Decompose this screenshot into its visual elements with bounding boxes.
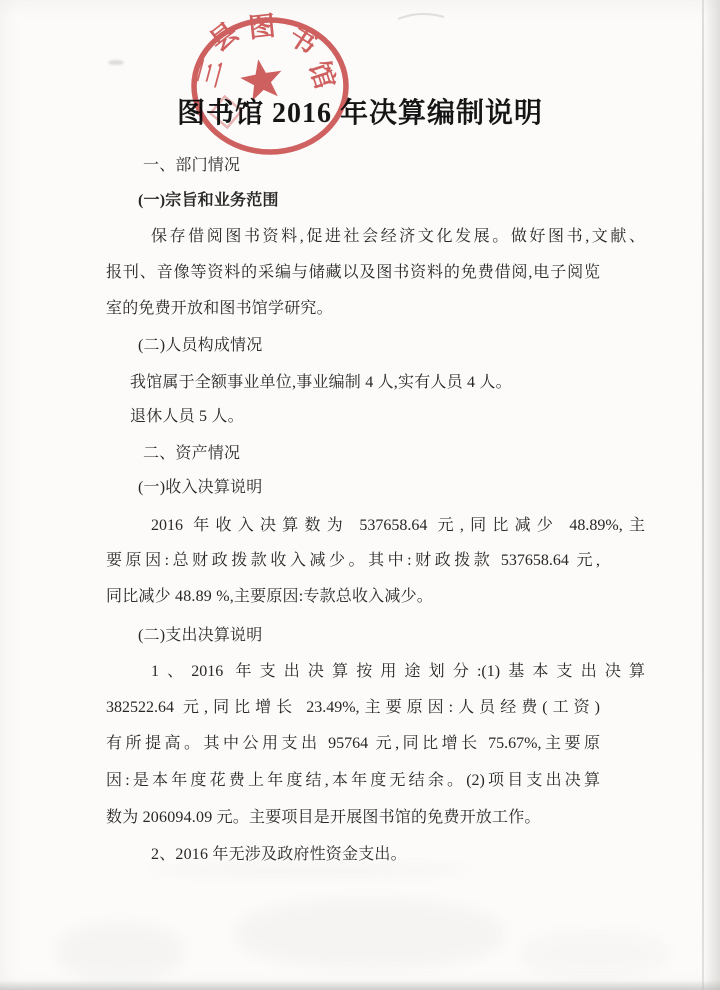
para-expenditure-line-3: 有所提高。其中公用支出 95764 元,同比增长 75.67%,主要原 bbox=[106, 733, 600, 755]
seal-character: 馆 bbox=[304, 57, 342, 92]
seal-character: 书 bbox=[284, 20, 323, 60]
para-expenditure-line-5: 数为 206094.09 元。主要项目是开展图书馆的免费开放工作。 bbox=[106, 807, 600, 829]
scan-scratch-mark bbox=[398, 14, 444, 19]
subheading-staff: (二)人员构成情况 bbox=[106, 335, 632, 357]
para-gov-funds: 2、2016 年无涉及政府性资金支出。 bbox=[106, 844, 645, 866]
bleedthrough-smudge bbox=[150, 866, 470, 874]
scan-speck bbox=[108, 60, 124, 65]
subheading-expenditure: (二)支出决算说明 bbox=[106, 625, 632, 647]
scanned-document-page: 图书馆 2016 年决算编制说明 三 县 图 书 馆 一、部门情况 (一)宗旨和… bbox=[0, 0, 720, 990]
heading-section-2: 二、资产情况 bbox=[106, 443, 637, 465]
seal-character: 三 bbox=[192, 56, 228, 90]
bleedthrough-smudge bbox=[55, 922, 185, 980]
para-purpose-line-2: 报刊、音像等资料的采编与储藏以及图书资料的免费借阅,电子阅览 bbox=[106, 262, 600, 284]
para-income-line-2: 要原因:总财政拨款收入减少。其中:财政拨款 537658.64 元, bbox=[106, 550, 600, 572]
para-purpose-line-1: 保存借阅图书资料,促进社会经济文化发展。做好图书,文献、 bbox=[106, 226, 645, 248]
scan-right-shadow bbox=[704, 0, 720, 990]
subheading-income: (一)收入决算说明 bbox=[106, 477, 632, 499]
bleedthrough-smudge bbox=[235, 898, 505, 970]
scan-bottom-shadow bbox=[0, 980, 720, 990]
para-staff-line-2: 退休人员 5 人。 bbox=[106, 406, 624, 428]
para-expenditure-line-4: 因:是本年度花费上年度结,本年度无结余。(2)项目支出决算 bbox=[106, 770, 600, 792]
para-expenditure-line-1: 1、2016 年支出决算按用途划分:(1)基本支出决算 bbox=[106, 661, 645, 683]
para-staff-line-1: 我馆属于全额事业单位,事业编制 4 人,实有人员 4 人。 bbox=[106, 372, 624, 394]
bleedthrough-smudge bbox=[520, 930, 670, 978]
para-income-line-3: 同比减少 48.89 %,主要原因:专款总收入减少。 bbox=[106, 586, 600, 608]
heading-section-1: 一、部门情况 bbox=[106, 155, 637, 177]
para-expenditure-line-2: 382522.64 元,同比增长 23.49%,主要原因:人员经费(工资) bbox=[106, 697, 600, 719]
seal-character: 县 bbox=[204, 17, 244, 57]
seal-character: 图 bbox=[247, 11, 277, 44]
seal-ring bbox=[194, 20, 346, 152]
para-income-line-1: 2016 年收入决算数为 537658.64 元,同比减少 48.89%,主 bbox=[106, 515, 645, 537]
page-title: 图书馆 2016 年决算编制说明 bbox=[0, 91, 720, 131]
subheading-purpose: (一)宗旨和业务范围 bbox=[106, 190, 632, 212]
para-purpose-line-3: 室的免费开放和图书馆学研究。 bbox=[106, 298, 600, 320]
